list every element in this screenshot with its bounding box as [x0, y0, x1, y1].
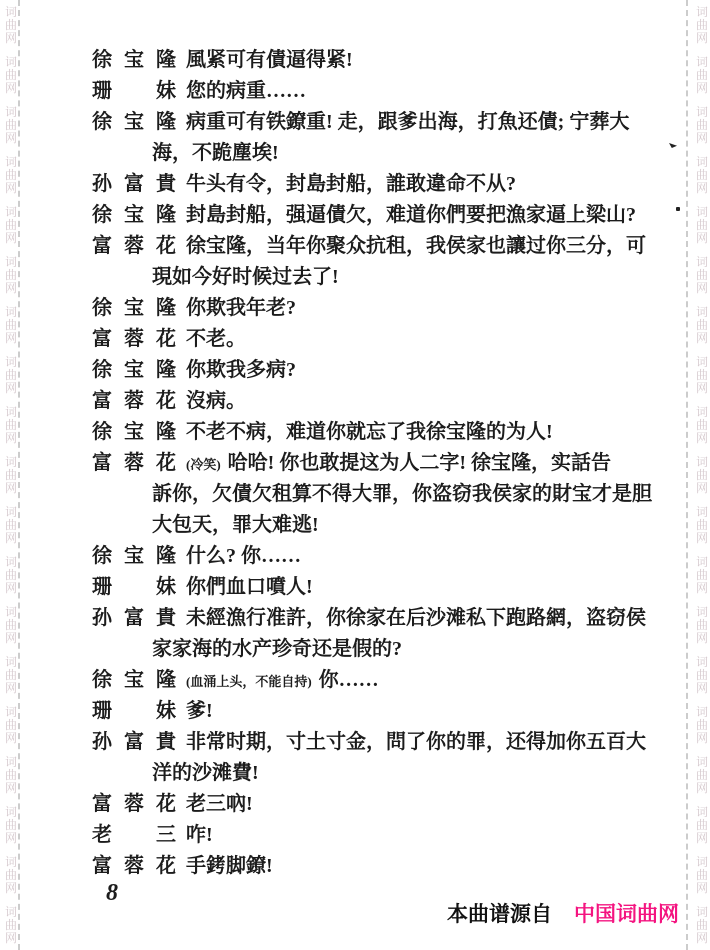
dialogue-row: 富蓉花不老。 [0, 324, 710, 355]
dialogue-text: 不老。 [186, 328, 246, 350]
dialogue-lines: 徐宝隆風紧可有債逼得紧!珊妹您的病重……徐宝隆病重可有铁鐐重! 走，跟爹出海，打… [0, 45, 710, 882]
watermark-text: 词曲网 [694, 6, 710, 45]
dialogue-row: 富蓉花手銬脚鐐! [0, 851, 710, 882]
dialogue-row: 徐宝隆病重可有铁鐐重! 走，跟爹出海，打魚还債; 宁葬大 [0, 107, 710, 138]
footer-credit: 本曲谱源自中国词曲网 [447, 898, 679, 928]
dialogue-row: 徐宝隆你欺我年老? [0, 293, 710, 324]
dialogue-continuation-row: 現如今好时候过去了! [0, 262, 710, 293]
dialogue-text: 您的病重…… [186, 80, 306, 102]
speaker-name: 珊妹 [92, 76, 176, 107]
dialogue-row: 珊妹爹! [0, 696, 710, 727]
dialogue-text: 風紧可有債逼得紧! [186, 49, 353, 71]
speaker-name: 珊妹 [92, 572, 176, 603]
dialogue-row: 徐宝隆你欺我多病? [0, 355, 710, 386]
dialogue-text: 手銬脚鐐! [186, 855, 273, 877]
speaker-name: 珊妹 [92, 696, 176, 727]
watermark-text: 词曲网 [694, 806, 710, 845]
watermark-text: 词曲网 [694, 106, 710, 145]
dialogue-text: 病重可有铁鐐重! 走，跟爹出海，打魚还債; 宁葬大 [186, 111, 629, 133]
dialogue-continuation-row: 家家海的水产珍奇还是假的? [0, 634, 710, 665]
watermark-text: 词曲网 [694, 856, 710, 895]
speaker-name: 富蓉花 [92, 851, 176, 882]
dialogue-row: 富蓉花沒病。 [0, 386, 710, 417]
speaker-name: 徐宝隆 [92, 293, 176, 324]
dialogue-text: 大包天，罪大难逃! [152, 514, 319, 536]
dialogue-row: 徐宝隆(血涌上头，不能自持)你…… [0, 665, 710, 696]
speaker-name: 徐宝隆 [92, 200, 176, 231]
dialogue-text: 現如今好时候过去了! [152, 266, 339, 288]
watermark-text: 词曲网 [3, 6, 19, 45]
dialogue-text: 你…… [319, 669, 379, 691]
watermark-text: 词曲网 [694, 506, 710, 545]
watermark-text: 词曲网 [694, 606, 710, 645]
scanned-script-page: 词曲网词曲网词曲网词曲网词曲网词曲网词曲网词曲网词曲网词曲网词曲网词曲网词曲网词… [0, 0, 710, 950]
speaker-name: 富蓉花 [92, 789, 176, 820]
speaker-name: 富蓉花 [92, 448, 176, 479]
dialogue-text: 你們血口噴人! [186, 576, 313, 598]
speaker-name: 徐宝隆 [92, 45, 176, 76]
watermark-text: 词曲网 [694, 756, 710, 795]
watermark-text: 词曲网 [694, 556, 710, 595]
dialogue-continuation-row: 海，不跪塵埃! [0, 138, 710, 169]
dialogue-row: 孙富貴非常时期，寸土寸金，問了你的罪，还得加你五百大 [0, 727, 710, 758]
dialogue-text: 哈哈! 你也敢提这为人二字! 徐宝隆，实話告 [228, 452, 611, 474]
dialogue-text: 爹! [186, 700, 213, 722]
watermark-text: 词曲网 [694, 256, 710, 295]
dialogue-text: 非常时期，寸土寸金，問了你的罪，还得加你五百大 [186, 731, 646, 753]
dialogue-text: 咋! [186, 824, 213, 846]
speaker-name: 富蓉花 [92, 386, 176, 417]
dialogue-text: 訴你，欠債欠租算不得大罪，你盗窃我侯家的財宝才是胆 [152, 483, 652, 505]
dialogue-text: 沒病。 [186, 390, 246, 412]
dialogue-row: 孙富貴牛头有令，封島封船，誰敢違命不从? [0, 169, 710, 200]
dialogue-text: 你欺我多病? [186, 359, 296, 381]
dialogue-row: 徐宝隆風紧可有債逼得紧! [0, 45, 710, 76]
dialogue-text: 你欺我年老? [186, 297, 296, 319]
page-number: 8 [106, 880, 118, 907]
watermark-text: 词曲网 [694, 206, 710, 245]
stage-direction: (血涌上头，不能自持) [186, 674, 312, 689]
watermark-text: 词曲网 [694, 706, 710, 745]
dialogue-row: 富蓉花(冷笑)哈哈! 你也敢提这为人二字! 徐宝隆，实話告 [0, 448, 710, 479]
watermark-text: 词曲网 [694, 906, 710, 945]
dialogue-row: 珊妹你們血口噴人! [0, 572, 710, 603]
right-dashed-rule [686, 0, 688, 950]
speaker-name: 徐宝隆 [92, 107, 176, 138]
watermark-text: 词曲网 [694, 306, 710, 345]
speaker-name: 徐宝隆 [92, 417, 176, 448]
dialogue-text: 老三吶! [186, 793, 253, 815]
speaker-name: 孙富貴 [92, 727, 176, 758]
stage-direction: (冷笑) [186, 457, 221, 472]
ink-speck [676, 207, 680, 211]
speaker-name: 徐宝隆 [92, 541, 176, 572]
watermark-text: 词曲网 [694, 456, 710, 495]
watermark-text: 词曲网 [694, 356, 710, 395]
speaker-name: 徐宝隆 [92, 665, 176, 696]
dialogue-row: 老三咋! [0, 820, 710, 851]
dialogue-text: 什么? 你…… [186, 545, 301, 567]
speaker-name: 徐宝隆 [92, 355, 176, 386]
dialogue-text: 未經漁行准許，你徐家在后沙滩私下跑路網，盗窃侯 [186, 607, 646, 629]
dialogue-text: 不老不病，难道你就忘了我徐宝隆的为人! [186, 421, 553, 443]
dialogue-text: 家家海的水产珍奇还是假的? [152, 638, 402, 660]
dialogue-continuation-row: 洋的沙滩費! [0, 758, 710, 789]
speaker-name: 老三 [92, 820, 176, 851]
dialogue-continuation-row: 訴你，欠債欠租算不得大罪，你盗窃我侯家的財宝才是胆 [0, 479, 710, 510]
speaker-name: 富蓉花 [92, 324, 176, 355]
dialogue-text: 封島封船，强逼債欠，难道你們要把漁家逼上梁山? [186, 204, 636, 226]
dialogue-text: 徐宝隆，当年你聚众抗租，我侯家也讓过你三分，可 [186, 235, 646, 257]
dialogue-text: 牛头有令，封島封船，誰敢違命不从? [186, 173, 516, 195]
watermark-text: 词曲网 [694, 656, 710, 695]
watermark-text: 词曲网 [694, 406, 710, 445]
dialogue-text: 洋的沙滩費! [152, 762, 259, 784]
footer-site-name: 中国词曲网 [574, 903, 679, 926]
dialogue-row: 珊妹您的病重…… [0, 76, 710, 107]
watermark-text: 词曲网 [694, 56, 710, 95]
dialogue-row: 徐宝隆什么? 你…… [0, 541, 710, 572]
right-watermark-column: 词曲网词曲网词曲网词曲网词曲网词曲网词曲网词曲网词曲网词曲网词曲网词曲网词曲网词… [694, 6, 710, 950]
dialogue-row: 富蓉花老三吶! [0, 789, 710, 820]
speaker-name: 富蓉花 [92, 231, 176, 262]
dialogue-continuation-row: 大包天，罪大难逃! [0, 510, 710, 541]
watermark-text: 词曲网 [694, 156, 710, 195]
dialogue-row: 富蓉花徐宝隆，当年你聚众抗租，我侯家也讓过你三分，可 [0, 231, 710, 262]
dialogue-row: 孙富貴未經漁行准許，你徐家在后沙滩私下跑路網，盗窃侯 [0, 603, 710, 634]
dialogue-row: 徐宝隆不老不病，难道你就忘了我徐宝隆的为人! [0, 417, 710, 448]
watermark-text: 词曲网 [3, 906, 19, 945]
dialogue-row: 徐宝隆封島封船，强逼債欠，难道你們要把漁家逼上梁山? [0, 200, 710, 231]
dialogue-text: 海，不跪塵埃! [152, 142, 279, 164]
speaker-name: 孙富貴 [92, 169, 176, 200]
footer-source-label: 本曲谱源自 [447, 903, 552, 926]
speaker-name: 孙富貴 [92, 603, 176, 634]
